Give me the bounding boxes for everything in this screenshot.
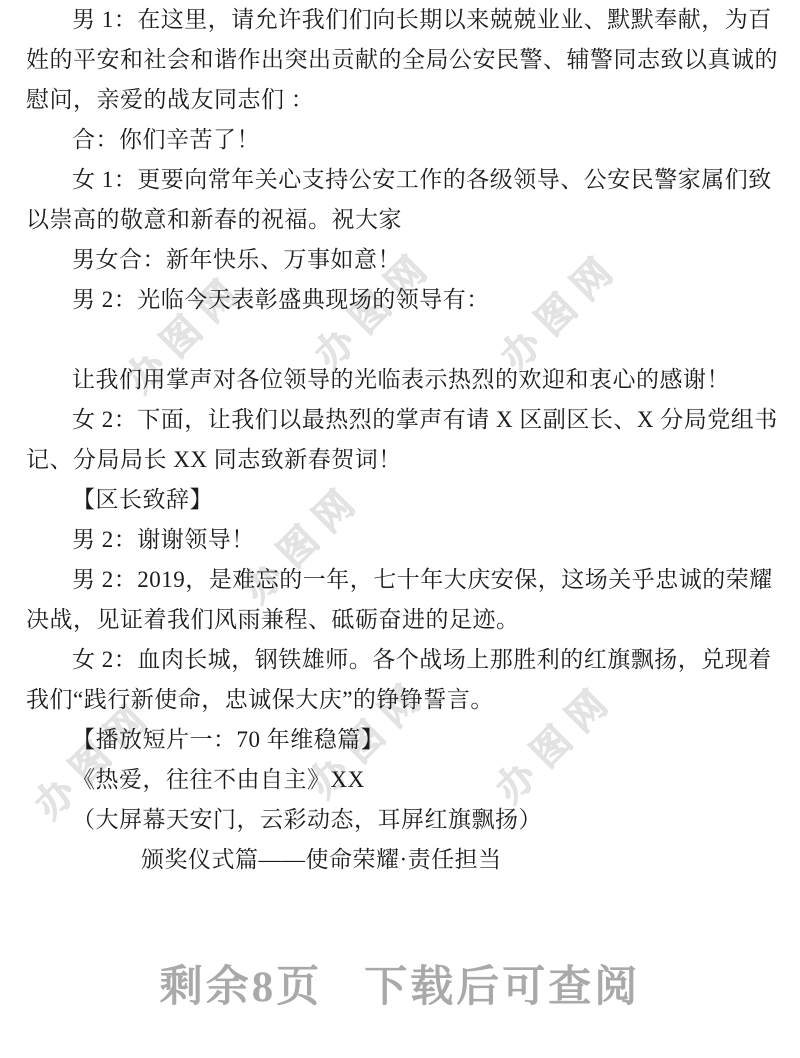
doc-line: 男 2：2019，是难忘的一年，七十年大庆安保，这场关乎忠诚的荣耀 [26, 560, 778, 600]
download-hint-label: 下载后可查阅 [364, 964, 640, 1011]
document-page: 办图网办图网办图网办图网办图网办图网办图网 男 1：在这里，请允许我们们向长期以… [0, 0, 800, 1058]
doc-line: 男 2：谢谢领导！ [26, 520, 778, 560]
doc-line: 女 2：下面，让我们以最热烈的掌声有请 X 区副区长、X 分局党组书 [26, 400, 778, 440]
doc-line: 《热爱，往往不由自主》XX [26, 760, 778, 800]
doc-line: 女 1：更要向常年关心支持公安工作的各级领导、公安民警家属们致 [26, 160, 778, 200]
doc-line: 【播放短片一：70 年维稳篇】 [26, 720, 778, 760]
doc-line: 慰问，亲爱的战友同志们 ： [26, 80, 778, 120]
document-body: 男 1：在这里，请允许我们们向长期以来兢兢业业、默默奉献，为百姓的平安和社会和谐… [26, 0, 778, 880]
doc-line: 颁奖仪式篇——使命荣耀·责任担当 [26, 840, 778, 880]
doc-line: 决战，见证着我们风雨兼程、砥砺奋进的足迹。 [26, 600, 778, 640]
doc-line: 男 2：光临今天表彰盛典现场的领导有： [26, 280, 778, 320]
doc-line: 【区长致辞】 [26, 480, 778, 520]
doc-line: 男女合：新年快乐、万事如意！ [26, 240, 778, 280]
doc-line: 男 1：在这里，请允许我们们向长期以来兢兢业业、默默奉献，为百 [26, 0, 778, 40]
doc-line: 以崇高的敬意和新春的祝福。祝大家 [26, 200, 778, 240]
doc-line: 女 2：血肉长城，钢铁雄师。各个战场上那胜利的红旗飘扬，兑现着 [26, 640, 778, 680]
doc-line: 我们“践行新使命，忠诚保大庆”的铮铮誓言。 [26, 680, 778, 720]
doc-line: 姓的平安和社会和谐作出突出贡献的全局公安民警、辅警同志致以真诚的 [26, 40, 778, 80]
remaining-pages-label: 剩余8页 [160, 964, 323, 1011]
doc-line: 让我们用掌声对各位领导的光临表示热烈的欢迎和衷心的感谢！ [26, 360, 778, 400]
download-notice: 剩余8页下载后可查阅 [0, 953, 800, 1014]
doc-line: （大屏幕天安门，云彩动态，耳屏红旗飘扬） [26, 800, 778, 840]
doc-line: 记、分局局长 XX 同志致新春贺词！ [26, 440, 778, 480]
doc-line [26, 320, 778, 360]
doc-line: 合：你们辛苦了！ [26, 120, 778, 160]
